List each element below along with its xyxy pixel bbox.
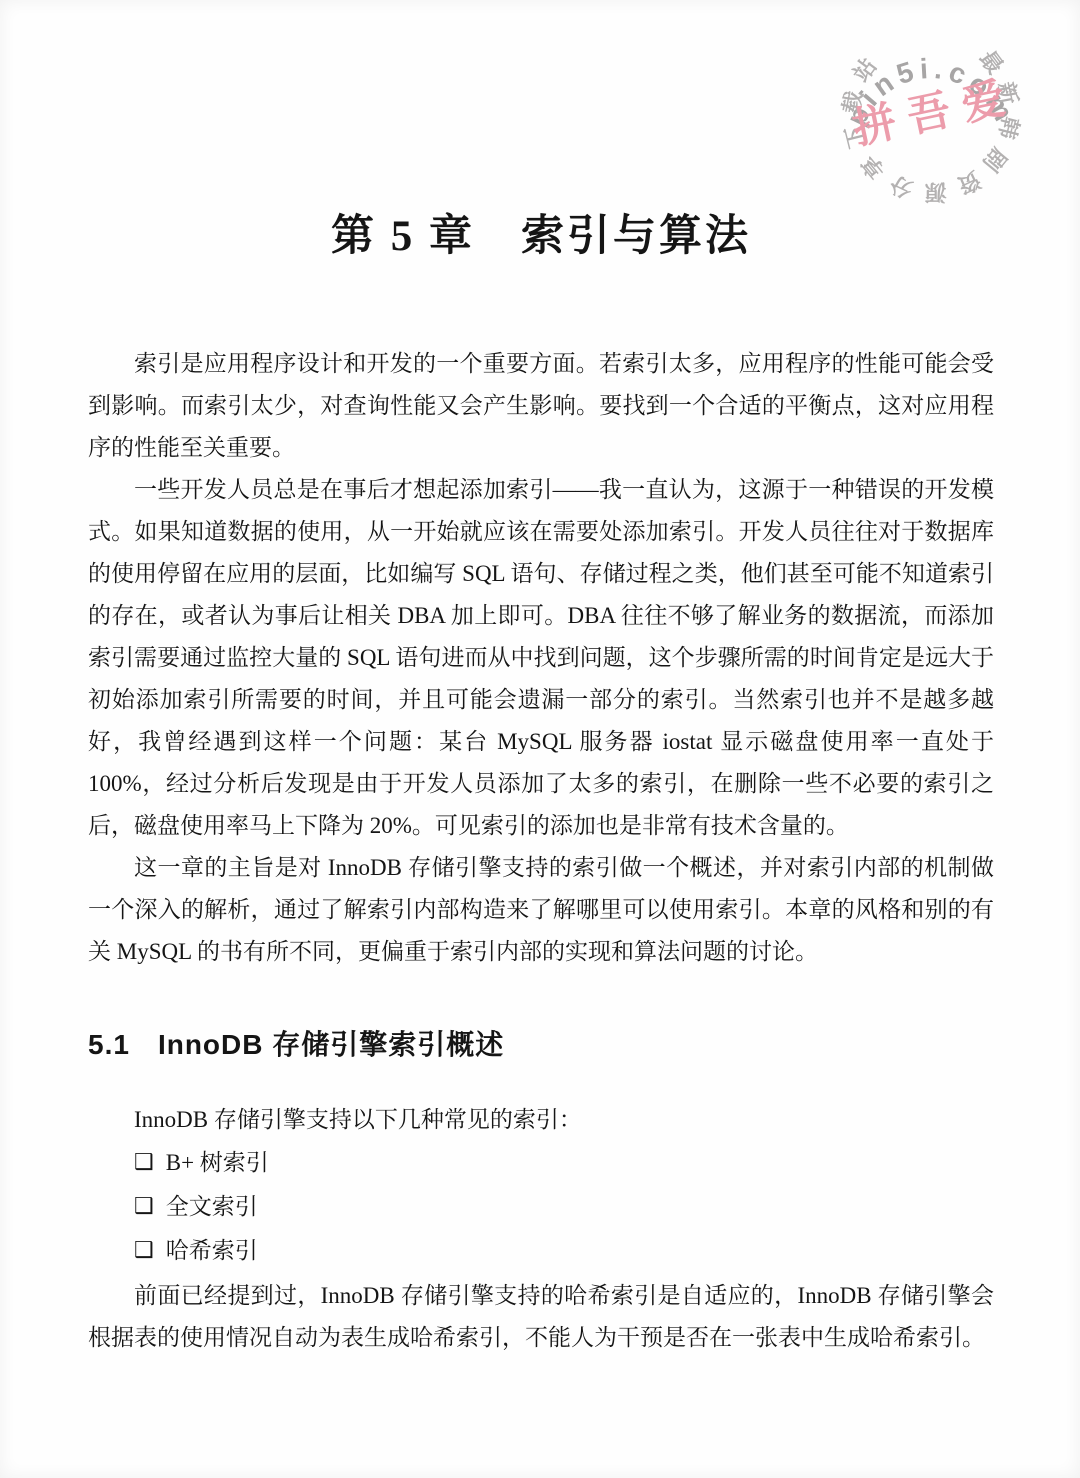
chapter-title: 第 5 章 索引与算法 bbox=[88, 202, 994, 263]
square-bullet-icon: ❑ bbox=[134, 1149, 154, 1174]
page-content: 第 5 章 索引与算法 索引是应用程序设计和开发的一个重要方面。若索引太多，应用… bbox=[88, 0, 994, 1359]
index-type-list: ❑B+ 树索引 ❑全文索引 ❑哈希索引 bbox=[88, 1141, 994, 1273]
closing-paragraph: 前面已经提到过，InnoDB 存储引擎支持的哈希索引是自适应的，InnoDB 存… bbox=[88, 1275, 994, 1359]
section-heading: 5.1InnoDB 存储引擎索引概述 bbox=[88, 1023, 994, 1063]
square-bullet-icon: ❑ bbox=[134, 1237, 154, 1262]
list-item: ❑B+ 树索引 bbox=[134, 1141, 994, 1185]
list-item: ❑全文索引 bbox=[134, 1185, 994, 1229]
section-title: InnoDB 存储引擎索引概述 bbox=[158, 1029, 504, 1060]
paragraph-3: 这一章的主旨是对 InnoDB 存储引擎支持的索引做一个概述，并对索引内部的机制… bbox=[88, 847, 994, 973]
section-number: 5.1 bbox=[88, 1029, 130, 1060]
list-item-label: B+ 树索引 bbox=[166, 1150, 269, 1175]
paragraph-1: 索引是应用程序设计和开发的一个重要方面。若索引太多，应用程序的性能可能会受到影响… bbox=[88, 343, 994, 469]
list-item-label: 全文索引 bbox=[166, 1194, 258, 1219]
paragraph-2: 一些开发人员总是在事后才想起添加索引——我一直认为，这源于一种错误的开发模式。如… bbox=[88, 469, 994, 847]
square-bullet-icon: ❑ bbox=[134, 1193, 154, 1218]
book-page: pin5i.com 最新韩剧资源分享下载站 拼吾爱 第 5 章 索引与算法 索引… bbox=[0, 0, 1080, 1478]
section-intro: InnoDB 存储引擎支持以下几种常见的索引： bbox=[88, 1099, 994, 1141]
list-item: ❑哈希索引 bbox=[134, 1229, 994, 1273]
list-item-label: 哈希索引 bbox=[166, 1238, 258, 1263]
